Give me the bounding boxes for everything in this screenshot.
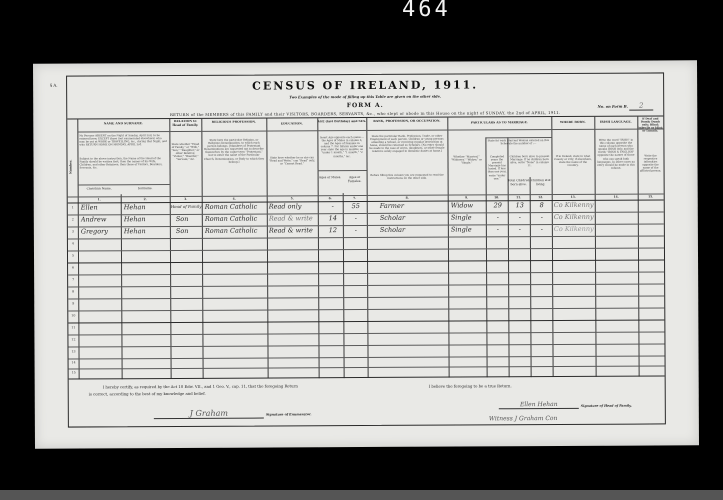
religion-note: State here the particular Religion, or R…	[203, 139, 264, 164]
header-surname: Surname.	[121, 187, 170, 191]
column-number: 9.	[448, 195, 486, 199]
occupation-note: State the particular Rank, Profession, T…	[368, 135, 445, 154]
head-of-family-signature-label: Signature of Head of Family.	[581, 404, 632, 408]
column-number: 1.	[78, 197, 121, 201]
enumerator-signature: J Graham	[154, 409, 264, 420]
cell-age-male: 12	[323, 226, 343, 234]
row-divider	[68, 319, 664, 323]
header-infirmity: If Deaf and Dumb; Dumb only; Blind; Imbe…	[637, 117, 663, 133]
cell-marital-status: Widow	[451, 201, 486, 209]
cell-birthplace: Co Kilkenny	[554, 225, 595, 233]
row-number: 2	[68, 218, 78, 222]
row-divider	[68, 343, 664, 347]
cell-birthplace: Co Kilkenny	[554, 201, 595, 209]
row-number: 5	[68, 254, 78, 258]
form-a-box: CENSUS OF IRELAND, 1911. Two Examples of…	[66, 72, 666, 427]
relation-note: State whether "Head of Family," or "Wife…	[170, 143, 200, 162]
row-divider	[68, 283, 664, 287]
cell-age-male: -	[323, 202, 343, 210]
row-divider	[69, 365, 665, 369]
cell-relation: Son	[176, 227, 202, 235]
cell-birthplace: Co Kilkenny	[554, 213, 595, 221]
cell-children-living: -	[532, 213, 552, 221]
row-divider	[68, 271, 664, 275]
column-number: 3.	[170, 197, 202, 201]
row-number: 14	[69, 361, 79, 365]
column-number: 15.	[638, 194, 664, 198]
form-footer: I hereby certify, as required by the Act…	[69, 375, 665, 426]
cell-children-living: -	[532, 225, 552, 233]
cell-religion: Roman Catholic	[205, 215, 267, 223]
column-number: 8.	[367, 196, 448, 200]
header-relation: RELATION to Head of Family.	[169, 120, 201, 127]
row-divider	[68, 331, 664, 335]
irish-note: Write the word "IRISH" in this column op…	[596, 139, 635, 170]
header-christian-name: Christian Name.	[78, 187, 121, 191]
column-number: 14.	[595, 195, 638, 199]
enumerator-signature-label: Signature of Enumerator.	[266, 412, 312, 416]
header-total-children: Total Children born alive.	[508, 179, 530, 186]
cell-education: Read only	[269, 202, 318, 210]
cell-years-married: -	[488, 213, 508, 221]
enumerator-certification: I hereby certify, as required by the Act…	[89, 382, 299, 397]
row-divider	[68, 247, 664, 251]
column-number: 2.	[121, 197, 170, 201]
birthplace-note: If in Ireland, state in what County or C…	[553, 155, 592, 168]
header-occupation: RANK, PROFESSION, OR OCCUPATION.	[366, 120, 447, 124]
cell-marital-status: Single	[451, 225, 486, 233]
cell-relation: Head of Family	[171, 204, 202, 209]
row-number: 12	[68, 338, 78, 342]
form-title: CENSUS OF IRELAND, 1911.	[67, 77, 663, 93]
column-number: 12.	[530, 195, 552, 199]
column-number: 13.	[552, 195, 595, 199]
header-education: EDUCATION.	[266, 122, 317, 126]
header-religion: RELIGIOUS PROFESSION.	[201, 121, 266, 125]
education-note: State here whether he or she can "Read a…	[268, 156, 315, 166]
age-note: Insert Age opposite each name:—the Ages …	[319, 136, 364, 158]
cell-relation: Son	[176, 215, 202, 223]
microfilm-frame-number: 464	[402, 0, 472, 22]
completed-years-note: Completed years the present Marriage has…	[486, 155, 507, 180]
header-where-born: WHERE BORN.	[551, 121, 594, 125]
header-children-living: Children still living.	[530, 179, 552, 186]
cell-years-married: -	[488, 225, 508, 233]
witness-signature: Witness J Graham Con	[489, 415, 558, 422]
corner-mark: § A.	[50, 83, 57, 88]
divider	[318, 170, 367, 171]
cell-occupation: Scholar	[380, 214, 448, 222]
cell-age-female: -	[346, 214, 366, 222]
cell-children-born: -	[510, 213, 530, 221]
cell-children-living: 8	[532, 201, 552, 209]
cell-surname: Hehan	[124, 203, 170, 211]
row-number: 9	[68, 302, 78, 306]
header-ages-males: Ages of Males.	[318, 176, 343, 180]
column-number: 11.	[508, 195, 530, 199]
cell-christian-name: Ellen	[81, 203, 121, 211]
cell-occupation: Scholar	[380, 226, 448, 234]
number-column-label: Number.	[68, 160, 76, 175]
belief-statement: I believe the foregoing to be a true Ret…	[429, 383, 512, 388]
header-name: NAME AND SURNAME.	[77, 122, 169, 126]
cell-surname: Hehan	[124, 215, 170, 223]
column-number: 10.	[486, 195, 508, 199]
cell-years-married: 29	[488, 201, 508, 209]
row-number: 7	[68, 278, 78, 282]
children-note: Children born alive to present Marriage.…	[508, 155, 550, 168]
header-irish-language: IRISH LANGUAGE.	[594, 121, 637, 125]
column-number: 6.	[318, 196, 343, 200]
name-note-absent: No Persons ABSENT on the Night of Sunday…	[79, 134, 167, 147]
row-number: 15	[69, 371, 79, 375]
cell-religion: Roman Catholic	[205, 227, 267, 235]
cell-occupation: Farmer	[380, 202, 448, 210]
occupation-instruction: Before filling this column you are reque…	[369, 174, 446, 181]
column-number: 7.	[343, 196, 367, 200]
married-women-note: State for each Married Woman entered on …	[487, 139, 549, 146]
divider	[77, 128, 663, 132]
infirmity-note: Write the respective infirmities opposit…	[638, 154, 662, 173]
row-number: 8	[68, 290, 78, 294]
form-subtitle: Two Examples of the mode of filling up t…	[67, 93, 663, 100]
cell-surname: Hehan	[124, 227, 170, 235]
header-ages-females: Ages of Females.	[343, 176, 367, 183]
row-divider	[69, 355, 665, 359]
row-number: 6	[68, 266, 78, 270]
census-form-sheet: § A. CENSUS OF IRELAND, 1911. Two Exampl…	[33, 60, 699, 448]
form-b-number-label: No. on Form B.	[598, 105, 628, 109]
row-divider	[68, 235, 664, 239]
viewer-bottom-bar	[0, 490, 723, 500]
cell-religion: Roman Catholic	[205, 203, 267, 211]
cell-christian-name: Andrew	[81, 215, 121, 223]
cell-education: Read & write	[269, 226, 318, 234]
row-number: 4	[68, 242, 78, 246]
header-age-sex: AGE (last Birthday) and SEX.	[317, 120, 366, 124]
cell-marital-status: Single	[451, 213, 486, 221]
cell-children-born: -	[510, 225, 530, 233]
cell-age-female: 55	[346, 202, 366, 210]
cell-age-female: -	[346, 226, 366, 234]
row-number: 10	[68, 314, 78, 318]
head-of-family-signature: Ellen Hehan	[499, 401, 579, 409]
cell-christian-name: Gregory	[81, 227, 121, 235]
row-divider	[68, 307, 664, 311]
row-number: 11	[68, 326, 78, 330]
marriage-status-note: Whether "Married," "Widower," "Widow," o…	[449, 155, 483, 164]
divider	[507, 137, 509, 377]
column-number: 4.	[202, 197, 267, 201]
header-marriage: PARTICULARS AS TO MARRIAGE.	[447, 121, 551, 125]
row-divider	[68, 259, 664, 263]
row-number: 3	[68, 230, 78, 234]
name-note-order: Subject to the above instruction, the Na…	[79, 157, 167, 170]
row-divider	[68, 295, 664, 299]
row-number: 1	[68, 206, 78, 210]
column-number: 5.	[267, 196, 318, 200]
cell-children-born: 13	[510, 201, 530, 209]
cell-age-male: 14	[323, 214, 343, 222]
row-number: 13	[68, 350, 78, 354]
divider	[78, 184, 170, 185]
cell-education: Read & write	[269, 214, 318, 222]
census-table: Number. NAME AND SURNAME. No Persons ABS…	[67, 115, 664, 378]
